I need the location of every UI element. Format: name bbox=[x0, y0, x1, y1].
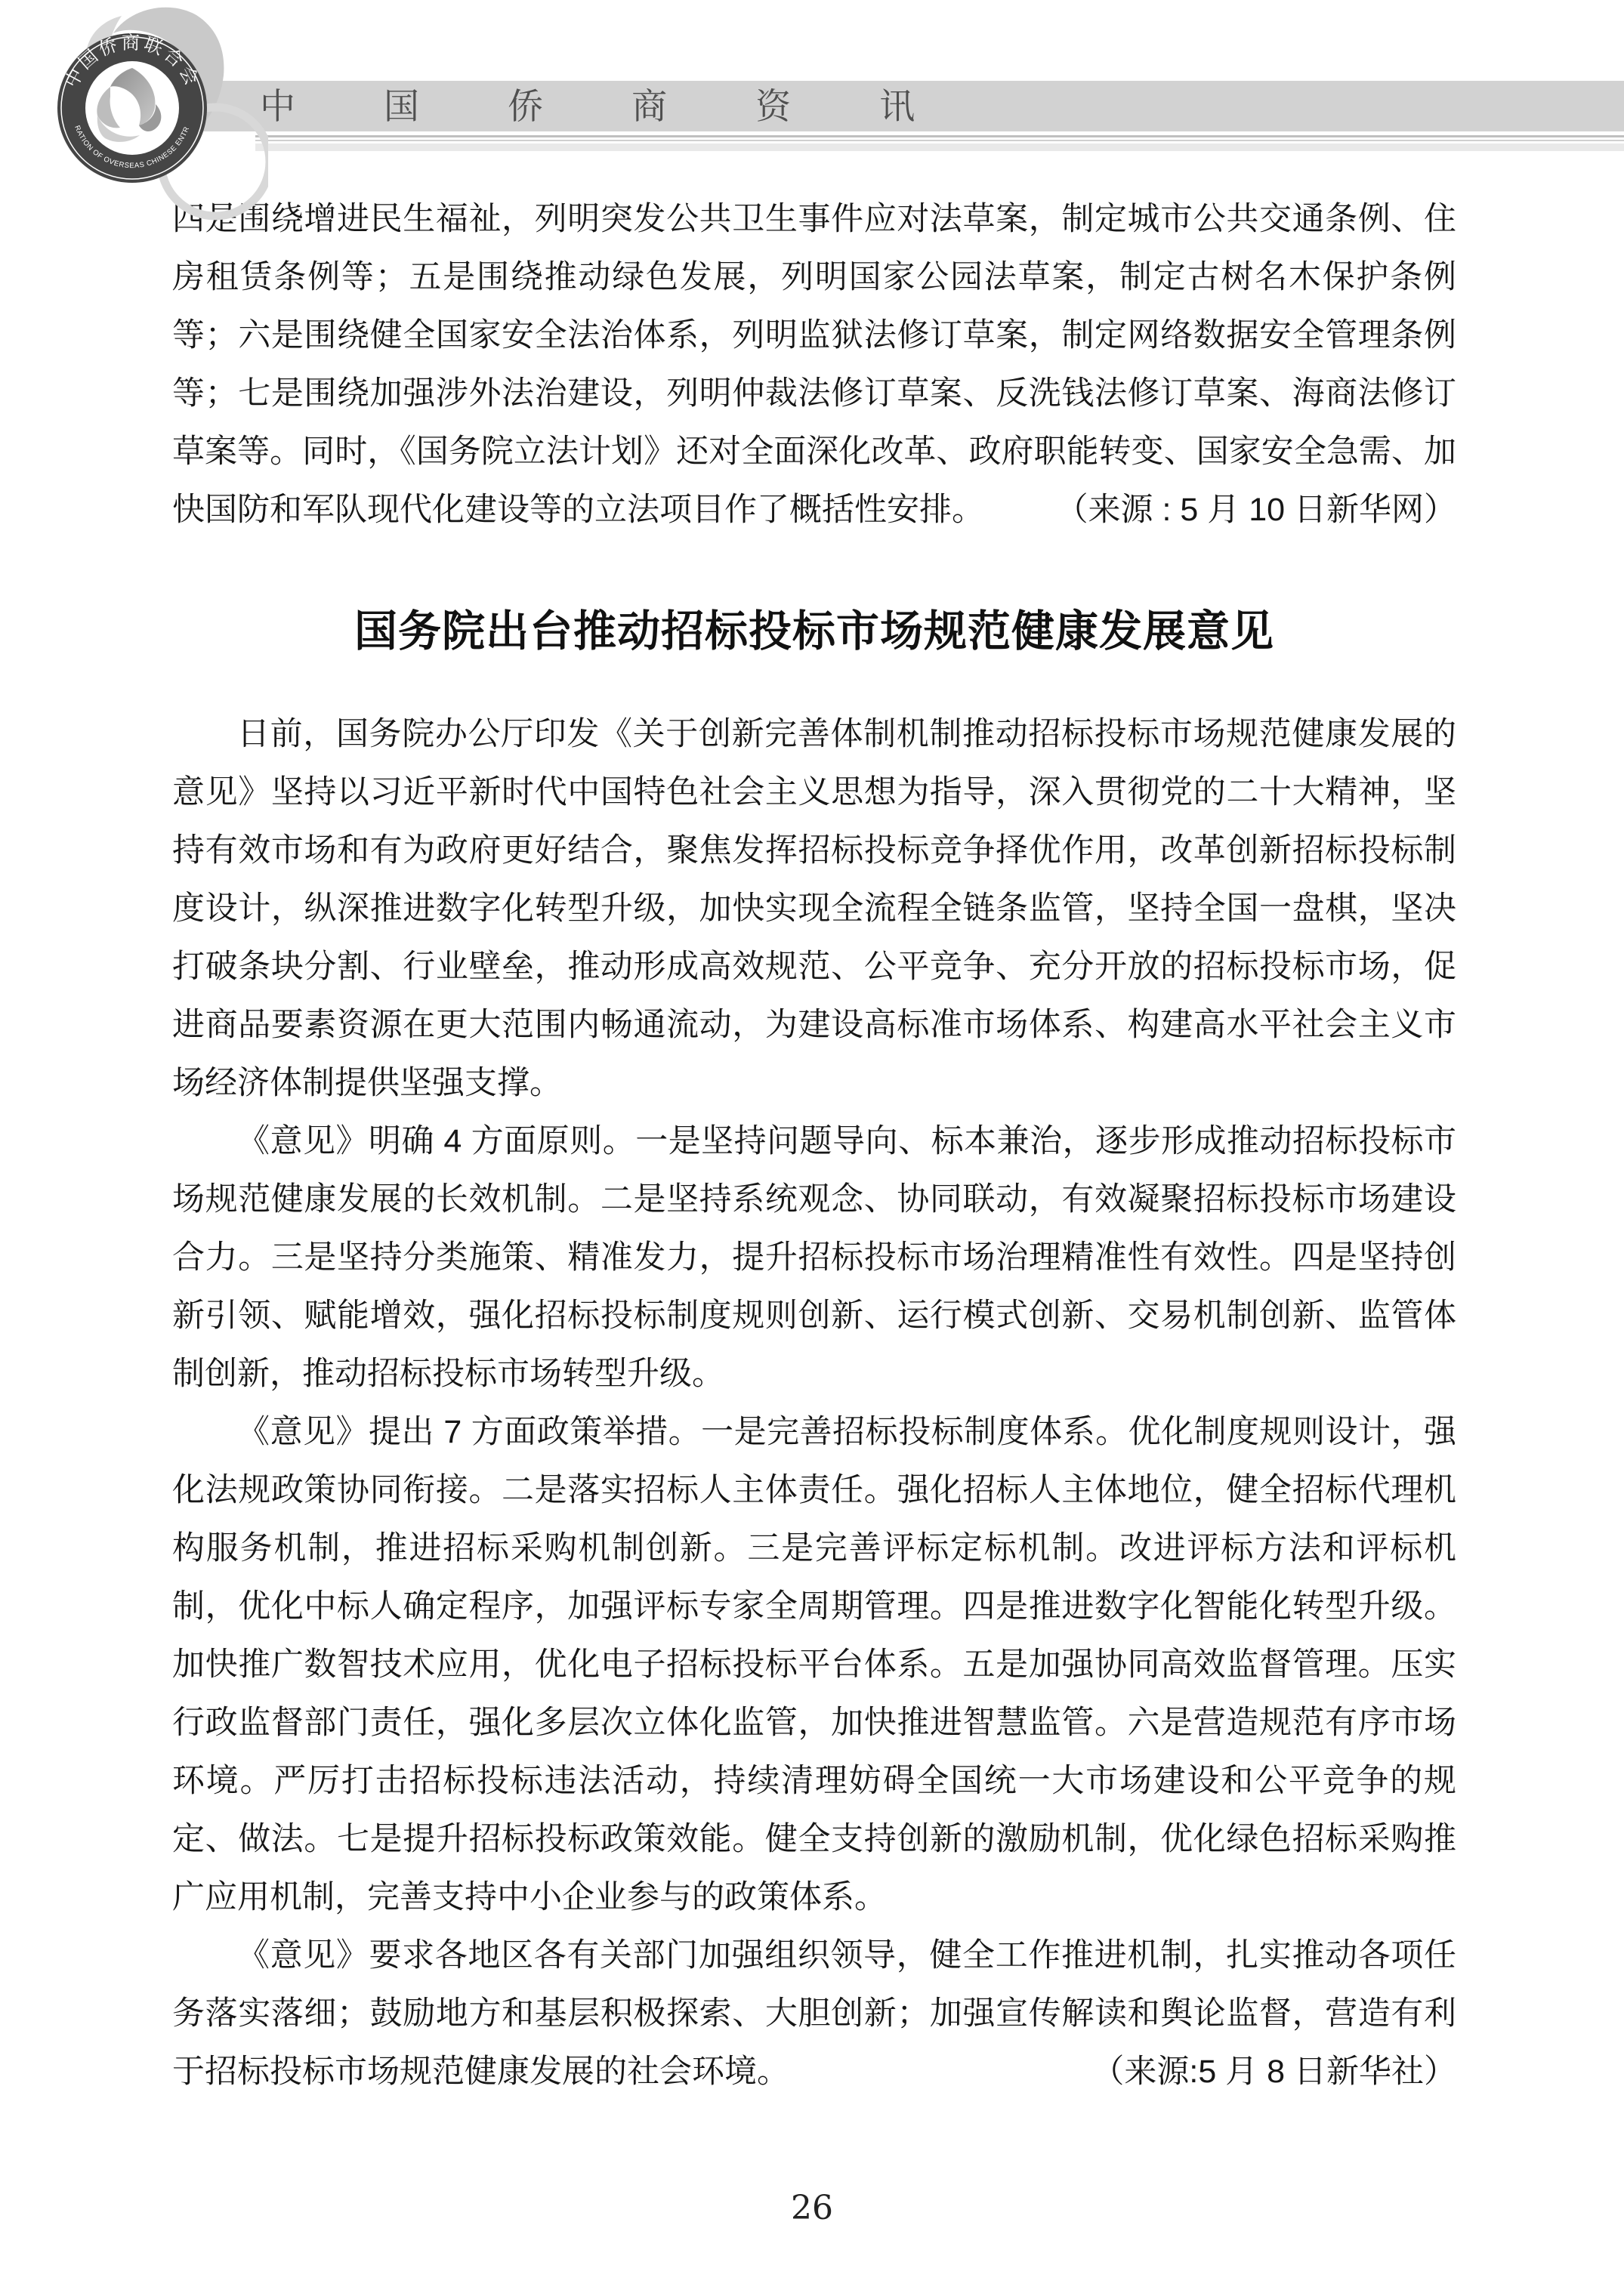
article-paragraph-2: 《意见》明确 4 方面原则。一是坚持问题导向、标本兼治，逐步形成推动招标投标市场… bbox=[172, 1113, 1456, 1403]
federation-logo-icon: 中国侨商联合会 CHINA FEDERATION OF OVERSEAS CHI… bbox=[42, 2, 268, 221]
prev-article-text: 四是围绕增进民生福祉，列明突发公共卫生事件应对法草案，制定城市公共交通条例、住房… bbox=[172, 201, 1456, 528]
page-content: 四是围绕增进民生福祉，列明突发公共卫生事件应对法草案，制定城市公共交通条例、住房… bbox=[172, 0, 1456, 2101]
article-paragraph-1: 日前，国务院办公厅印发《关于创新完善体制机制推动招标投标市场规范健康发展的意见》… bbox=[172, 705, 1456, 1113]
article-source: （来源:5 月 8 日新华社） bbox=[1027, 2043, 1456, 2101]
document-page: 中 国 侨 商 资 讯 中国侨商联合会 bbox=[0, 0, 1624, 2293]
article-paragraph-3: 《意见》提出 7 方面政策举措。一是完善招标投标制度体系。优化制度规则设计，强化… bbox=[172, 1403, 1456, 1927]
page-number: 26 bbox=[0, 2189, 1624, 2227]
prev-article-source: （来源 : 5 月 10 日新华网） bbox=[1056, 481, 1456, 539]
prev-article-paragraph: 四是围绕增进民生福祉，列明突发公共卫生事件应对法草案，制定城市公共交通条例、住房… bbox=[172, 190, 1456, 539]
article-paragraph-4: 《意见》要求各地区各有关部门加强组织领导，健全工作推进机制，扎实推动各项任务落实… bbox=[172, 1927, 1456, 2101]
article-title: 国务院出台推动招标投标市场规范健康发展意见 bbox=[172, 601, 1456, 662]
